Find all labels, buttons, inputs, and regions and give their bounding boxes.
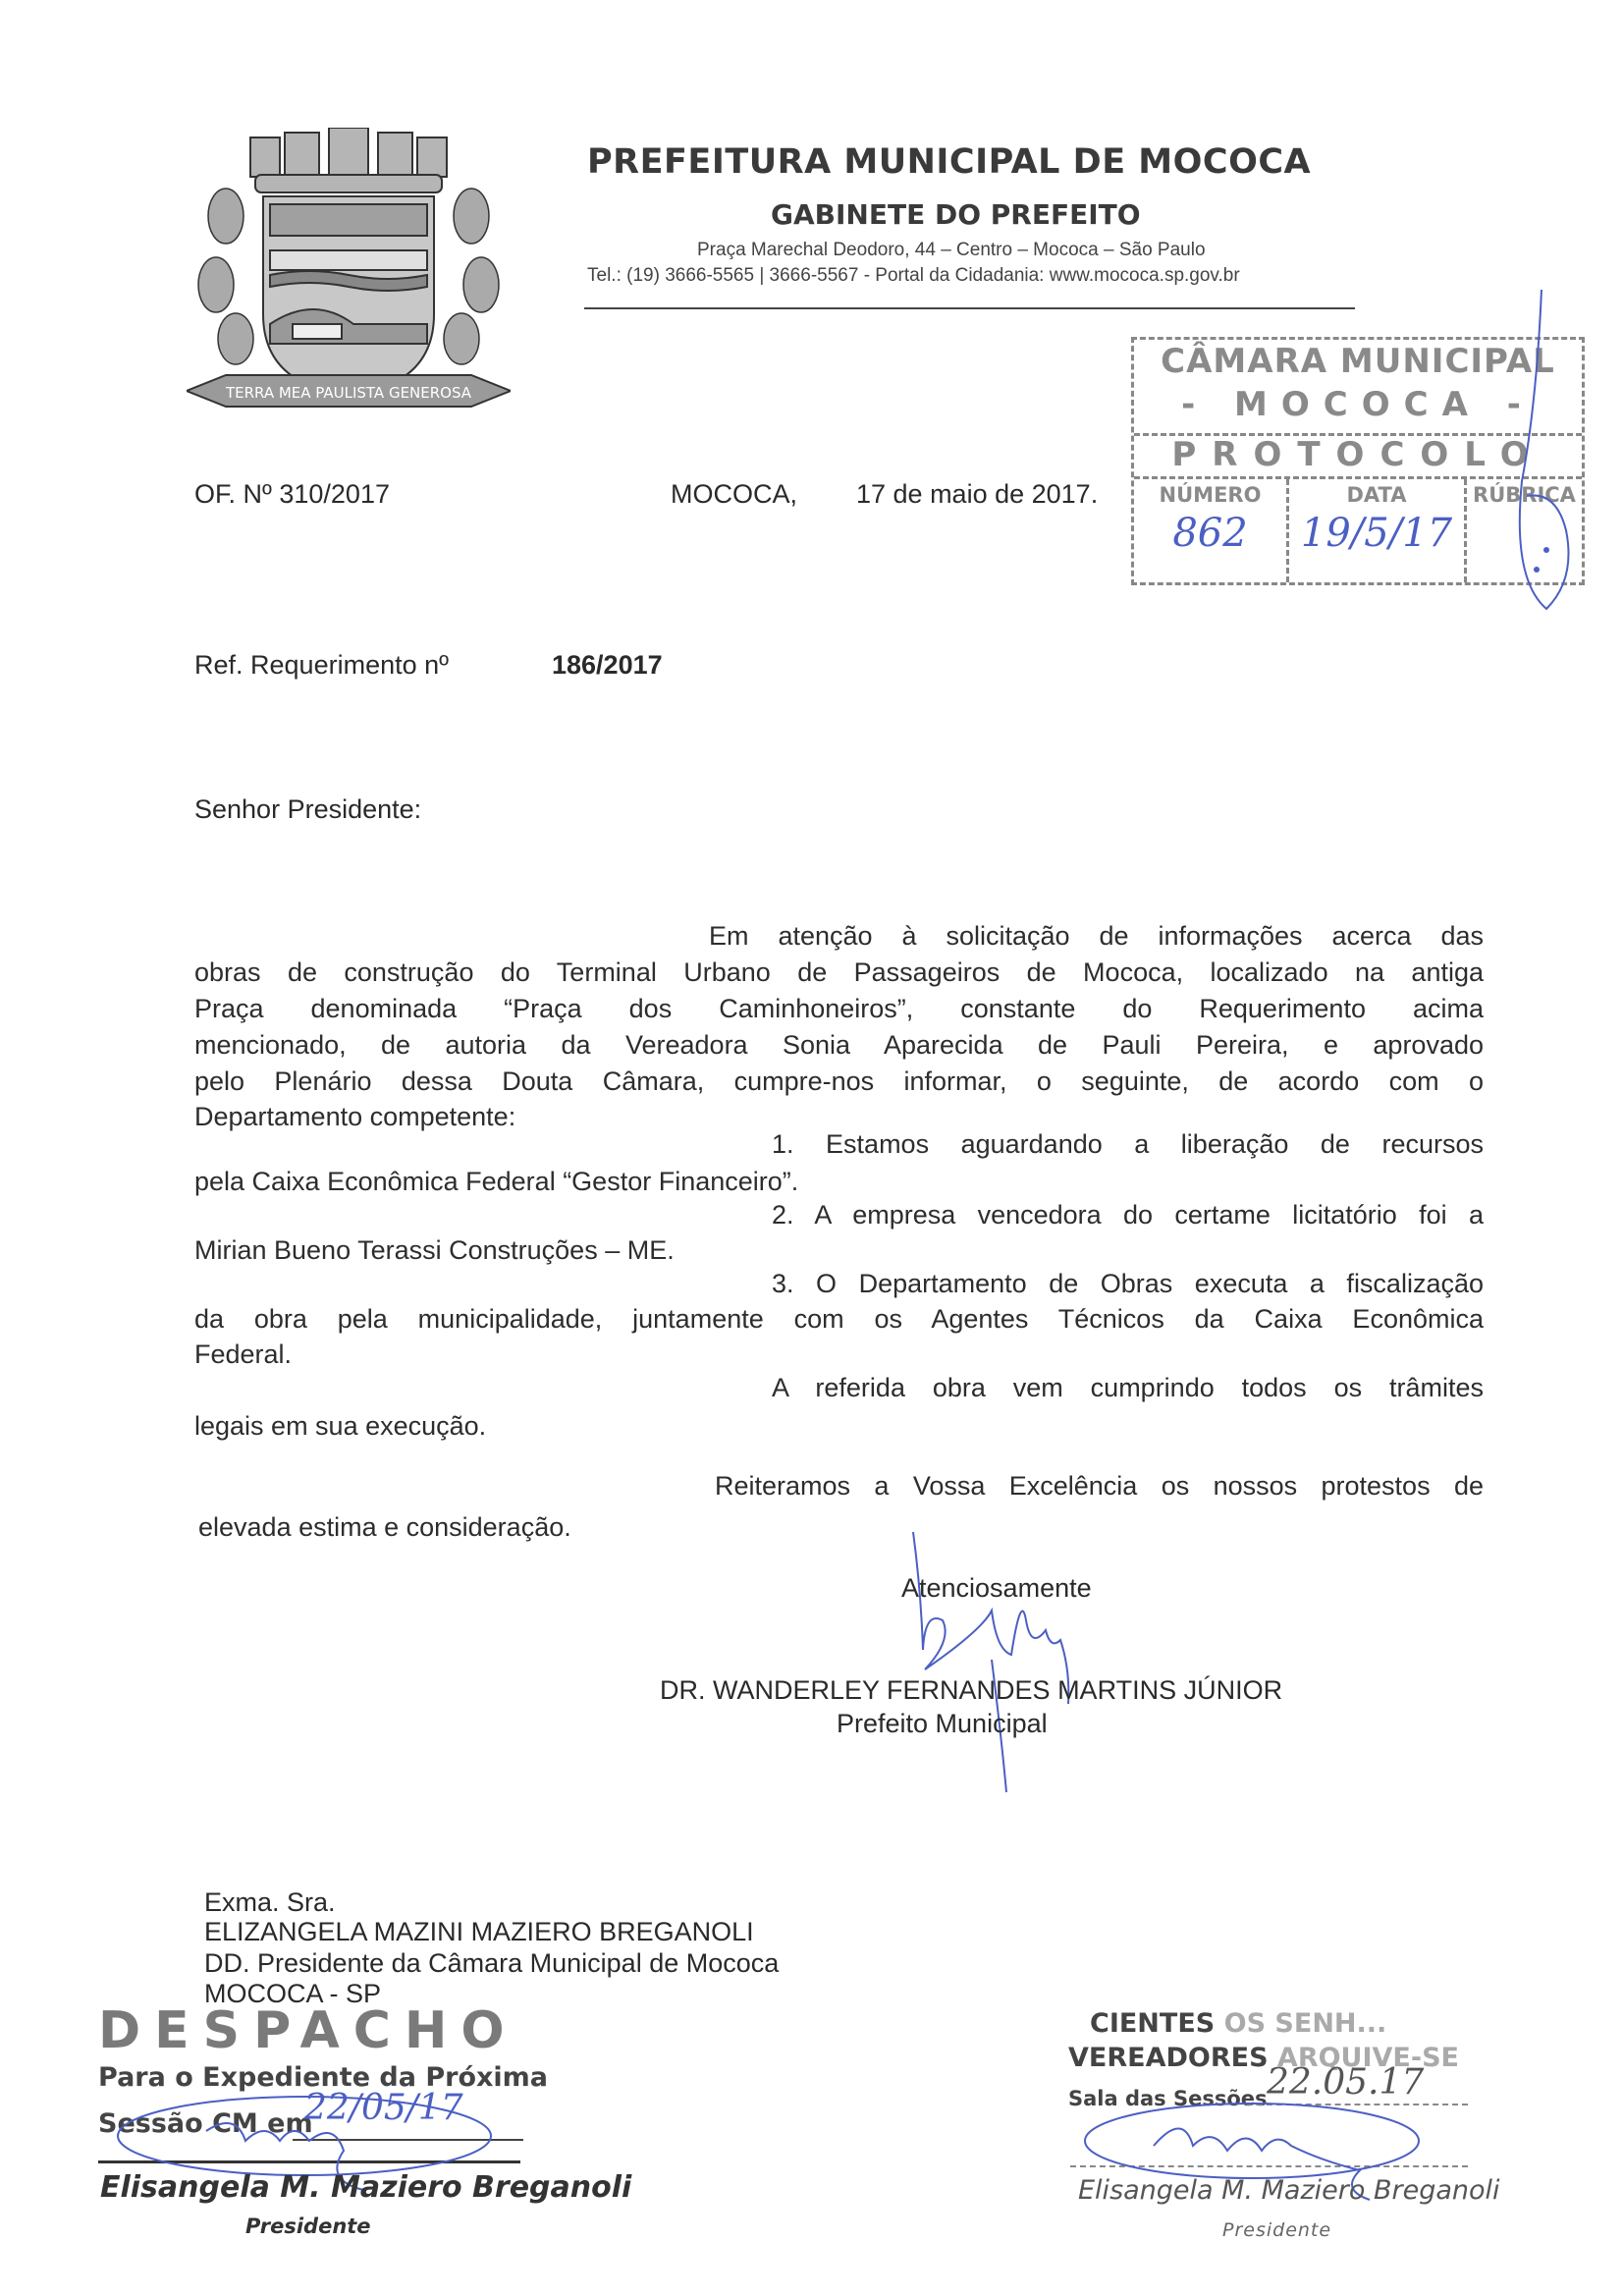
body-line: Departamento competente:	[194, 1102, 1484, 1132]
rubrica-signature-icon	[1453, 285, 1581, 619]
body-line: 3. O Departamento de Obras executa a fis…	[772, 1269, 1484, 1299]
stamp-numero-value: 862	[1134, 511, 1286, 556]
cientes-word: CIENTES	[1090, 2008, 1215, 2039]
cientes-line1: CIENTES OS SENH...	[1090, 2008, 1386, 2039]
letter-place: MOCOCA,	[671, 479, 797, 510]
crest-motto: TERRA MEA PAULISTA GENEROSA	[225, 384, 472, 402]
salutation: Senhor Presidente:	[194, 794, 421, 825]
vereadores-word: VEREADORES	[1068, 2043, 1269, 2073]
body-line: obras de construção do Terminal Urbano d…	[194, 957, 1484, 988]
recipient-city: MOCOCA - SP	[204, 1979, 381, 2009]
body-line: 2. A empresa vencedora do certame licita…	[772, 1200, 1484, 1230]
despacho-president-role: Presidente	[245, 2214, 371, 2238]
body-line: pela Caixa Econômica Federal “Gestor Fin…	[194, 1167, 1484, 1197]
stamp-data-label: DATA	[1289, 483, 1464, 507]
body-line: Federal.	[194, 1339, 1484, 1370]
header-title: PREFEITURA MUNICIPAL DE MOCOCA	[587, 142, 1311, 182]
signer-name: DR. WANDERLEY FERNANDES MARTINS JÚNIOR	[660, 1675, 1282, 1706]
stamp-data-value: 19/5/17	[1289, 511, 1464, 556]
body-line: pelo Plenário dessa Douta Câmara, cumpre…	[194, 1066, 1484, 1097]
header-divider	[584, 307, 1355, 309]
coat-of-arms-icon: TERRA MEA PAULISTA GENEROSA	[187, 128, 511, 422]
recipient-title: DD. Presidente da Câmara Municipal de Mo…	[204, 1948, 779, 1979]
body-line: mencionado, de autoria da Vereadora Soni…	[194, 1030, 1484, 1061]
cientes-faded-word: OS SENH...	[1224, 2008, 1387, 2039]
body-line: Praça denominada “Praça dos Caminhoneiro…	[194, 994, 1484, 1024]
body-line: Em atenção à solicitação de informações …	[709, 921, 1484, 952]
stamp-numero-label: NÚMERO	[1134, 483, 1286, 507]
signer-role: Prefeito Municipal	[837, 1709, 1048, 1739]
recipient-salutation: Exma. Sra.	[204, 1887, 336, 1918]
despacho-stamp-title: DESPACHO	[98, 2001, 518, 2060]
reference-label: Ref. Requerimento nº	[194, 650, 449, 681]
letter-date: 17 de maio de 2017.	[856, 479, 1098, 510]
body-line: A referida obra vem cumprindo todos os t…	[772, 1373, 1484, 1403]
reference-number: 186/2017	[552, 650, 663, 681]
recipient-name: ELIZANGELA MAZINI MAZIERO BREGANOLI	[204, 1917, 754, 1947]
header-subtitle: GABINETE DO PREFEITO	[771, 198, 1141, 231]
cientes-president-role: Presidente	[1222, 2219, 1331, 2241]
body-line: 1. Estamos aguardando a liberação de rec…	[772, 1129, 1484, 1160]
cientes-president-name: Elisangela M. Maziero Breganoli	[1078, 2175, 1500, 2206]
body-line: da obra pela municipalidade, juntamente …	[194, 1304, 1484, 1335]
mayor-signature-icon	[815, 1532, 1227, 1817]
body-line: Reiteramos a Vossa Excelência os nossos …	[715, 1471, 1484, 1502]
header-contact: Tel.: (19) 3666-5565 | 3666-5567 - Porta…	[587, 265, 1240, 287]
header-address: Praça Marechal Deodoro, 44 – Centro – Mo…	[697, 240, 1206, 261]
oficio-number: OF. Nº 310/2017	[194, 479, 390, 510]
despacho-president-name: Elisangela M. Maziero Breganoli	[100, 2170, 631, 2205]
body-line: legais em sua execução.	[194, 1411, 1484, 1442]
body-line: Mirian Bueno Terassi Construções – ME.	[194, 1235, 1484, 1266]
